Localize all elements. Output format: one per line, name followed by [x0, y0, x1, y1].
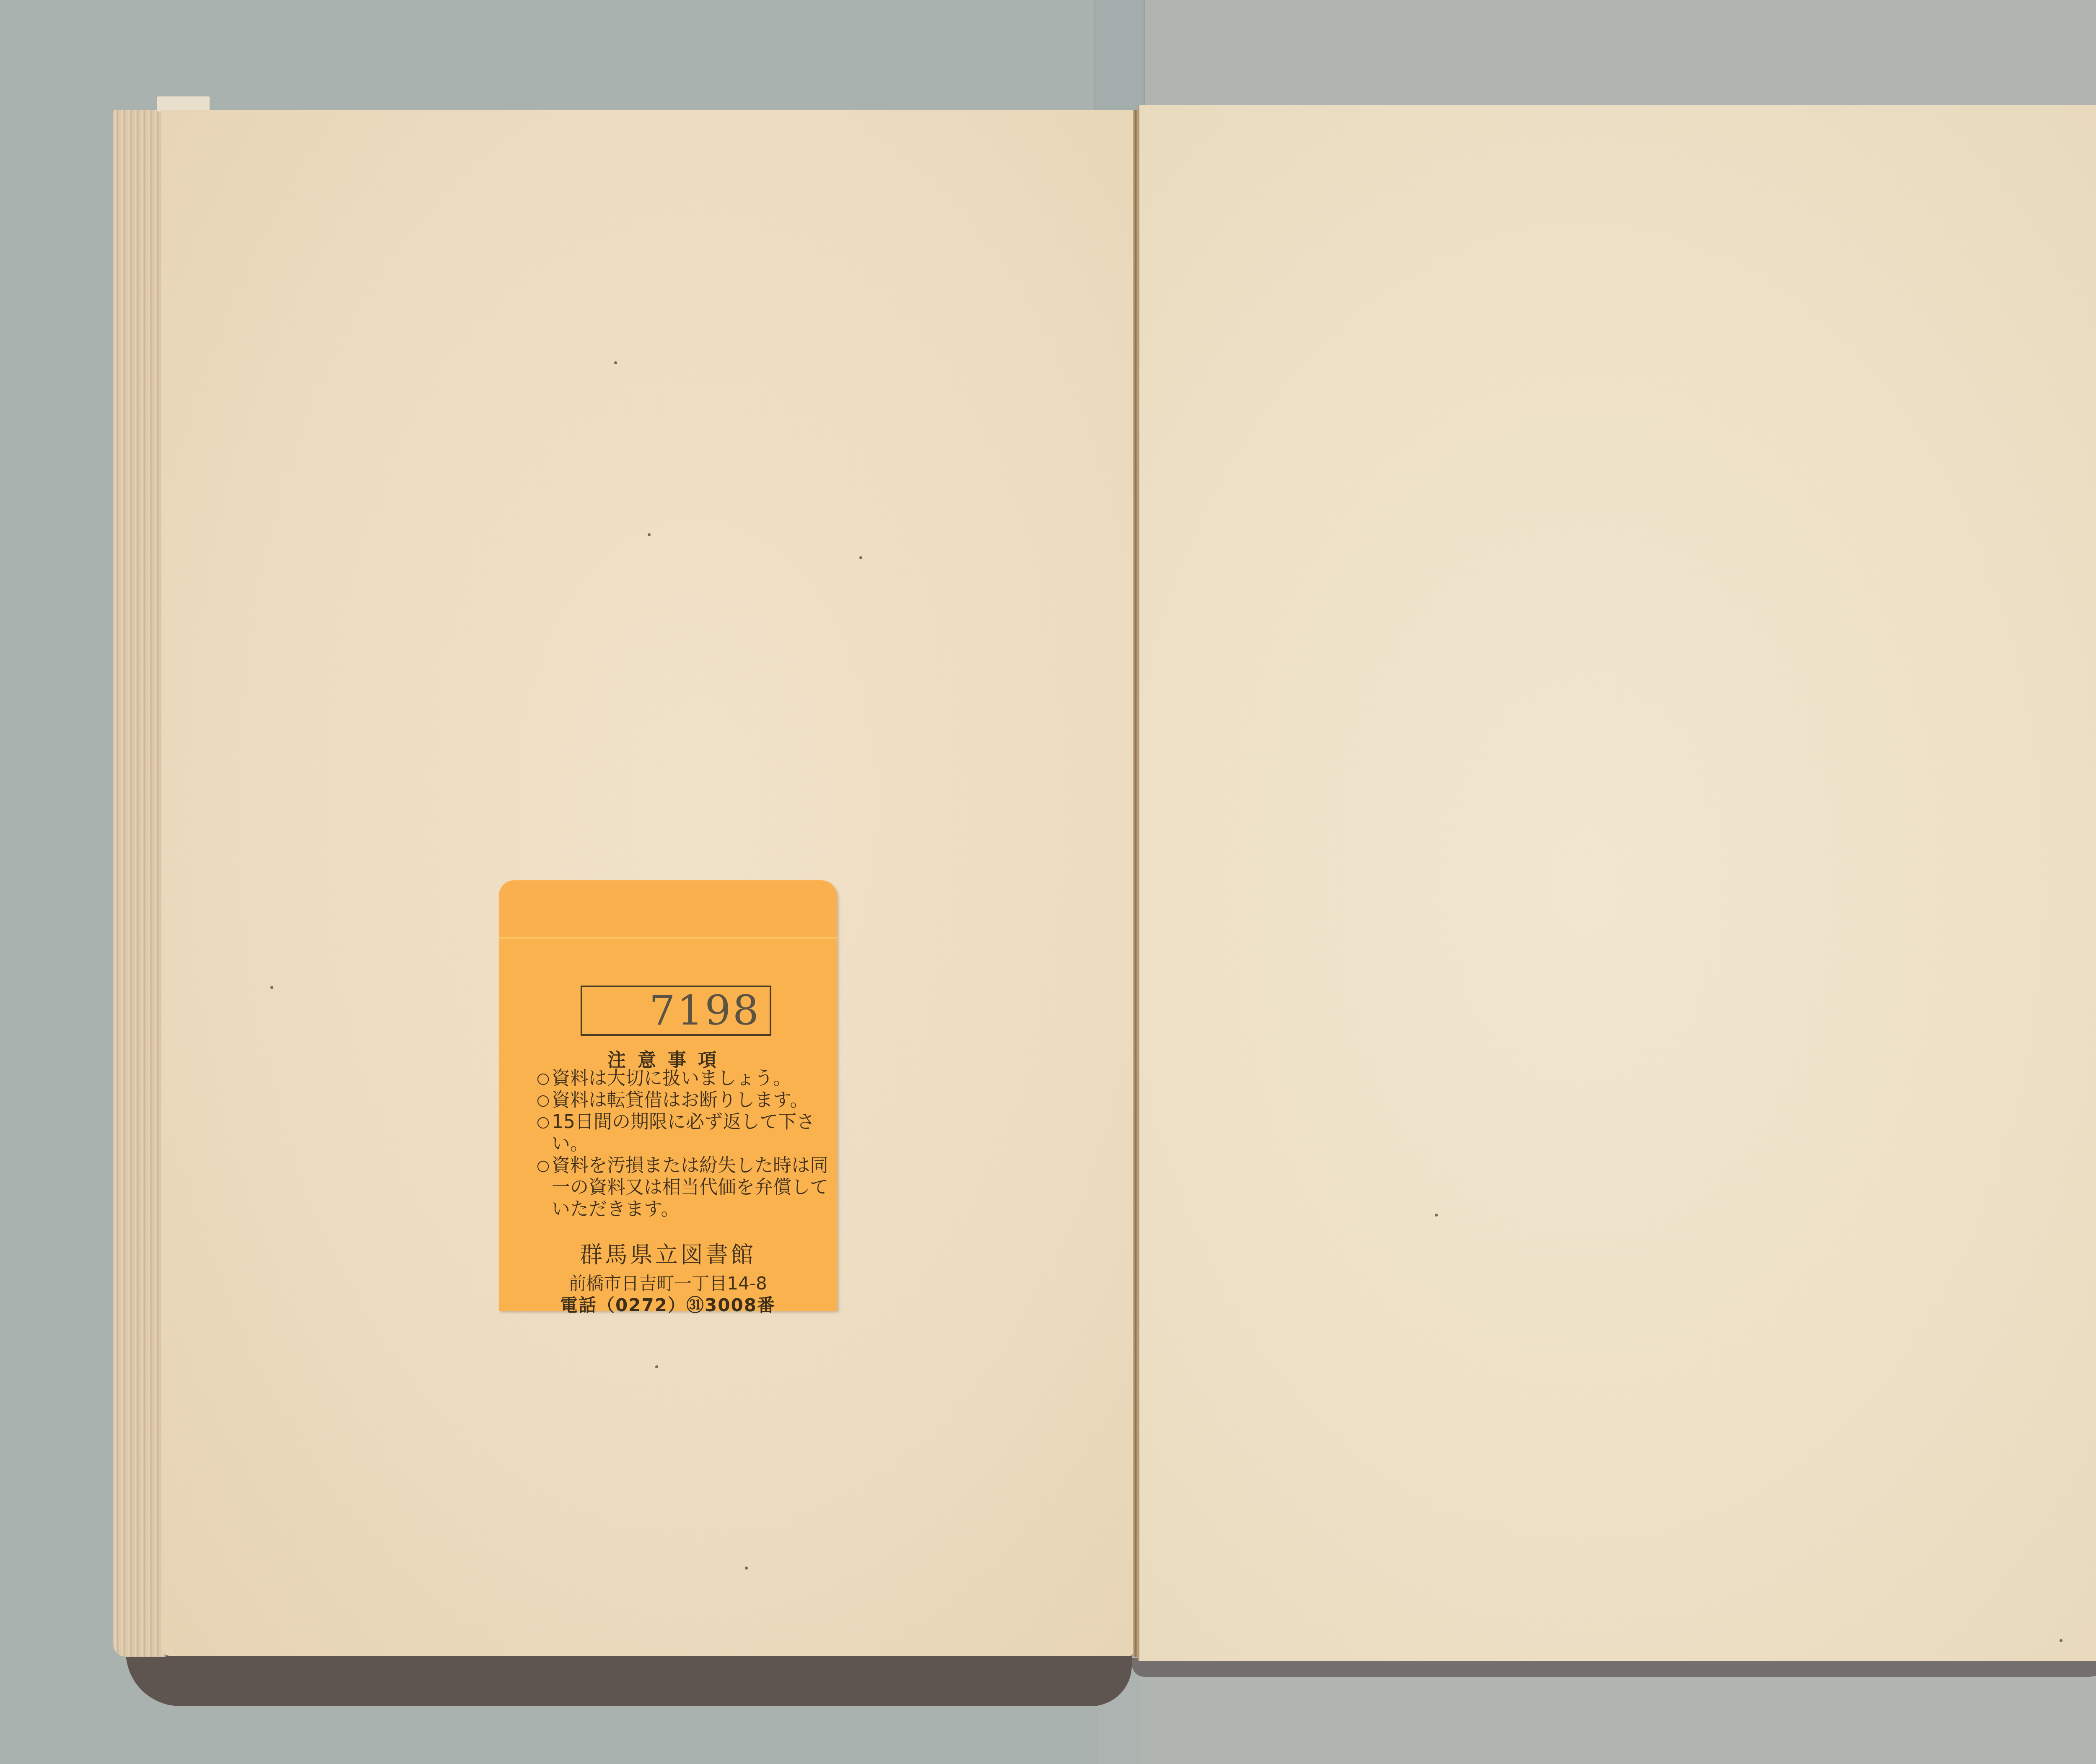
call-number-box: 7198: [581, 986, 771, 1036]
library-name: 群馬県立図書館: [499, 1237, 837, 1269]
paper-speck: [2060, 1639, 2062, 1642]
paper-speck: [655, 1365, 658, 1368]
notice-rule-text: 資料は大切に扱いましょう。: [552, 1068, 791, 1089]
circle-bullet-icon: ○: [537, 1111, 550, 1133]
paper-speck: [859, 556, 862, 559]
left-page-shadow: [126, 1652, 1132, 1706]
paper-speck: [270, 986, 273, 989]
circle-bullet-icon: ○: [537, 1090, 550, 1111]
library-address: 前橋市日吉町一丁目14-8: [499, 1270, 837, 1295]
notice-rule: ○ 資料は大切に扱いましょう。: [537, 1068, 830, 1090]
library-card-pocket[interactable]: 7198 注意事項 ○ 資料は大切に扱いましょう。 ○ 資料は転貸借はお断りしま…: [499, 880, 837, 1310]
library-phone: 電話（0272）㉛3008番: [499, 1292, 837, 1317]
notice-rules-list: ○ 資料は大切に扱いましょう。 ○ 資料は転貸借はお断りします。 ○ 15日間の…: [537, 1068, 830, 1220]
notice-rule-text: 資料は転貸借はお断りします。: [552, 1090, 808, 1111]
book-gutter: [1133, 110, 1138, 1657]
paper-speck: [648, 533, 651, 536]
notice-rule: ○ 資料は転貸借はお断りします。: [537, 1090, 830, 1111]
book-spine: [1094, 0, 1145, 113]
headband: [157, 96, 210, 112]
paper-speck: [614, 361, 617, 364]
paper-speck: [745, 1567, 748, 1569]
notice-rule-text: 資料を汚損または紛失した時は同一の資料又は相当代価を弁償していただきます。: [552, 1155, 828, 1220]
call-number: 7198: [649, 987, 760, 1035]
left-page: 7198 注意事項 ○ 資料は大切に扱いましょう。 ○ 資料は転貸借はお断りしま…: [161, 110, 1134, 1656]
card-pocket-front: 7198 注意事項 ○ 資料は大切に扱いましょう。 ○ 資料は転貸借はお断りしま…: [499, 937, 837, 1311]
notice-rule-text: 15日間の期限に必ず返して下さい。: [552, 1111, 815, 1154]
notice-rule: ○ 15日間の期限に必ず返して下さい。: [537, 1111, 830, 1155]
page-edge-stack: [113, 110, 166, 1657]
circle-bullet-icon: ○: [537, 1068, 550, 1090]
right-page: [1138, 105, 2096, 1661]
circle-bullet-icon: ○: [537, 1155, 550, 1177]
notice-rule: ○ 資料を汚損または紛失した時は同一の資料又は相当代価を弁償していただきます。: [537, 1155, 830, 1220]
paper-speck: [1435, 1214, 1438, 1217]
